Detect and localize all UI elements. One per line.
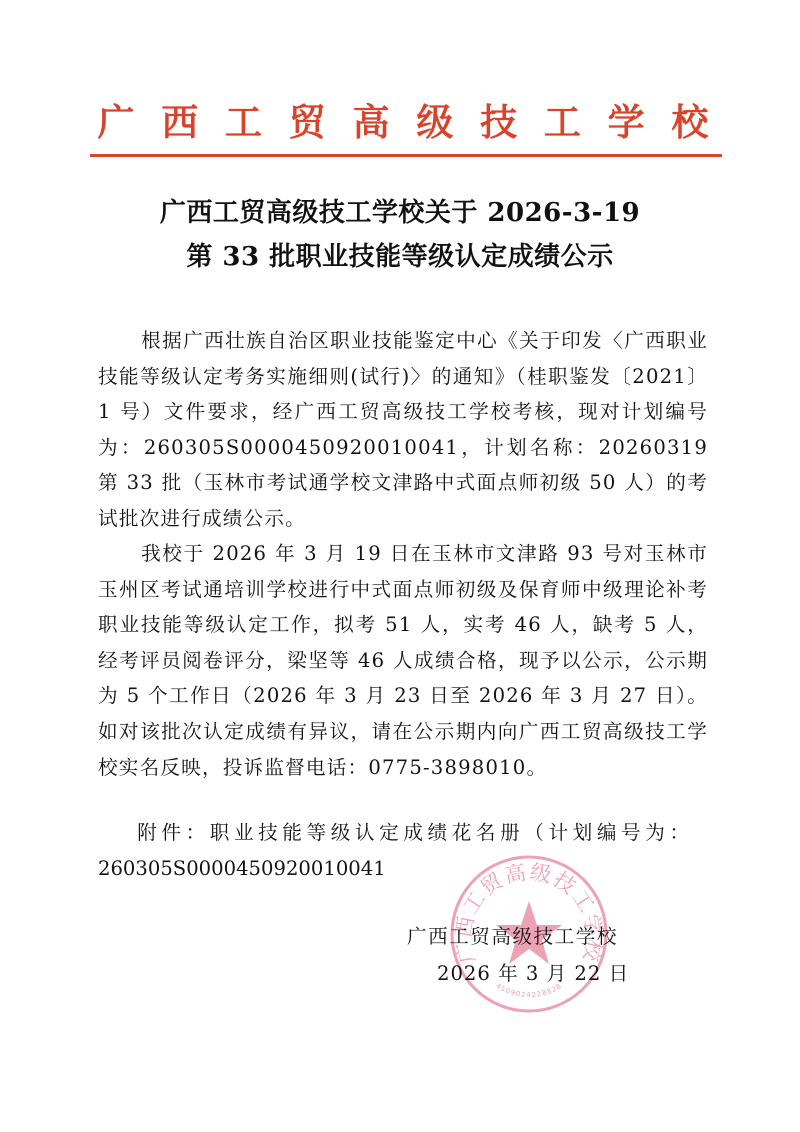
letterhead-char: 工 [543,98,581,146]
letterhead-char: 贸 [288,98,326,146]
letterhead-char: 级 [416,98,454,146]
letterhead-char: 校 [671,98,709,146]
signature-organization: 广西工贸高级技工学校 [407,922,618,952]
document-title-line1: 广西工贸高级技工学校关于 2026-3-19 [0,196,800,230]
paragraph-text: 我校于 2026 年 3 月 19 日在玉林市文津路 93 号对玉林市玉州区考试… [98,536,708,785]
paragraph-text: 根据广西壮族自治区职业技能鉴定中心《关于印发〈广西职业技能等级认定考务实施细则(… [98,323,708,537]
body-paragraph-1: 根据广西壮族自治区职业技能鉴定中心《关于印发〈广西职业技能等级认定考务实施细则(… [98,323,708,537]
letterhead-char: 西 [161,98,199,146]
attachment-note: 附件：职业技能等级认定成绩花名册（计划编号为： 260305S000045092… [98,815,708,886]
letterhead: 广 西 工 贸 高 级 技 工 学 校 [97,98,709,146]
attachment-plan-number: 260305S0000450920010041 [98,851,708,887]
document-title-line2: 第 33 批职业技能等级认定成绩公示 [0,240,800,274]
letterhead-char: 学 [607,98,645,146]
letterhead-char: 工 [225,98,263,146]
signature-date: 2026 年 3 月 22 日 [437,959,629,989]
letterhead-char: 高 [352,98,390,146]
letterhead-char: 技 [480,98,518,146]
letterhead-char: 广 [97,98,135,146]
letterhead-divider [90,154,722,157]
body-paragraph-2: 我校于 2026 年 3 月 19 日在玉林市文津路 93 号对玉林市玉州区考试… [98,536,708,785]
attachment-line1: 附件：职业技能等级认定成绩花名册（计划编号为： [98,815,708,851]
